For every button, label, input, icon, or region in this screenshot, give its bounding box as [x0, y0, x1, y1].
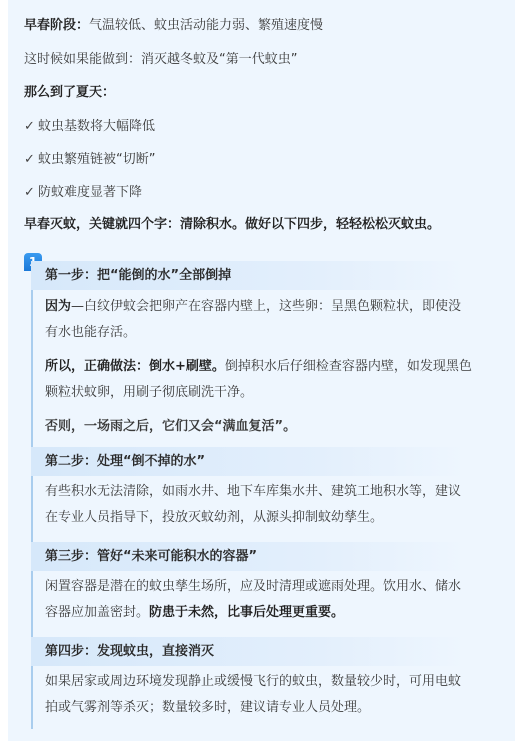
step-4-line1: 如果居家或周边环境发现静止或缓慢飞行的蚊虫，数量较少时，可用电蚊 — [45, 669, 515, 695]
step-2-body: 有些积水无法清除，如雨水井、地下车库集水井、建筑工地积水等，建议 在专业人员指导… — [31, 476, 515, 542]
check-icon: ✓ — [24, 117, 38, 137]
step-3-line2: 容器应加盖密封。 — [45, 605, 149, 620]
intro-line-goal: 这时候如果能做到：消灭越冬蚊及“第一代蚊虫” — [24, 50, 297, 70]
step-3-bold-tail: 防患于未然，比事后处理更重要。 — [149, 605, 344, 620]
step-3-line1: 闲置容器是潜在的蚊虫孳生场所，应及时清理或遮雨处理。饮用水、储水 — [45, 574, 515, 600]
step-4: 第四步：发现蚊虫，直接消灭 如果居家或周边环境发现静止或缓慢飞行的蚊虫，数量较少… — [31, 637, 515, 729]
intro-line-summer: 那么到了夏天： — [24, 83, 115, 103]
step-4-title: 第四步：发现蚊虫，直接消灭 — [31, 637, 515, 666]
step-2-line1: 有些积水无法清除，如雨水井、地下车库集水井、建筑工地积水等，建议 — [45, 479, 515, 505]
check-icon: ✓ — [24, 150, 38, 170]
check-item: ✓防蚊难度显著下降 — [24, 183, 142, 203]
check-item: ✓蚊虫繁殖链被“切断” — [24, 150, 155, 170]
step-2: 第二步：处理“倒不掉的水” 有些积水无法清除，如雨水井、地下车库集水井、建筑工地… — [31, 447, 515, 542]
step-1-p2-line1: 倒掉积水后仔细检查容器内壁，如发现黑色 — [225, 359, 472, 374]
step-1: 第一步：把“能倒的水”全部倒掉 因为—白纹伊蚊会把卵产在容器内壁上，这些卵：呈黑… — [31, 261, 515, 462]
intro-text: 气温较低、蚊虫活动能力弱、繁殖速度慢 — [89, 18, 323, 33]
step-1-p2-bold: 所以，正确做法：倒水+刷壁。 — [45, 359, 225, 374]
summary-line: 早春灭蚊，关键就四个字：清除积水。做好以下四步，轻轻松松灭蚊虫。 — [24, 215, 440, 235]
step-3: 第三步：管好“未来可能积水的容器” 闲置容器是潜在的蚊虫孳生场所，应及时清理或遮… — [31, 542, 515, 637]
intro-label: 早春阶段： — [24, 18, 89, 33]
step-3-body: 闲置容器是潜在的蚊虫孳生场所，应及时清理或遮雨处理。饮用水、储水 容器应加盖密封… — [31, 571, 515, 637]
step-4-body: 如果居家或周边环境发现静止或缓慢飞行的蚊虫，数量较少时，可用电蚊 拍或气雾剂等杀… — [31, 666, 515, 729]
check-text: 蚊虫基数将大幅降低 — [38, 119, 155, 134]
step-1-p1-line1: —白纹伊蚊会把卵产在容器内壁上，这些卵：呈黑色颗粒状，即使没 — [71, 299, 461, 314]
check-item: ✓蚊虫基数将大幅降低 — [24, 117, 155, 137]
step-1-body: 因为—白纹伊蚊会把卵产在容器内壁上，这些卵：呈黑色颗粒状，即使没 有水也能存活。… — [31, 290, 515, 462]
check-text: 防蚊难度显著下降 — [38, 185, 142, 200]
step-1-p2-line2: 颗粒状蚊卵，用刷子彻底刷洗干净。 — [45, 380, 515, 406]
step-1-p1-line2: 有水也能存活。 — [45, 320, 515, 346]
check-icon: ✓ — [24, 183, 38, 203]
intro-line-early-spring: 早春阶段：气温较低、蚊虫活动能力弱、繁殖速度慢 — [24, 16, 323, 36]
step-3-title: 第三步：管好“未来可能积水的容器” — [31, 542, 515, 571]
check-text: 蚊虫繁殖链被“切断” — [38, 152, 155, 167]
step-1-p3-bold: 否则，一场雨之后，它们又会“满血复活”。 — [45, 414, 515, 440]
step-1-p1-bold: 因为 — [45, 299, 71, 314]
step-2-line2: 在专业人员指导下，投放灭蚊幼剂，从源头抑制蚊幼孳生。 — [45, 505, 515, 531]
step-4-line2: 拍或气雾剂等杀灭；数量较多时，建议请专业人员处理。 — [45, 695, 515, 721]
step-1-title: 第一步：把“能倒的水”全部倒掉 — [31, 261, 515, 290]
step-2-title: 第二步：处理“倒不掉的水” — [31, 447, 515, 476]
